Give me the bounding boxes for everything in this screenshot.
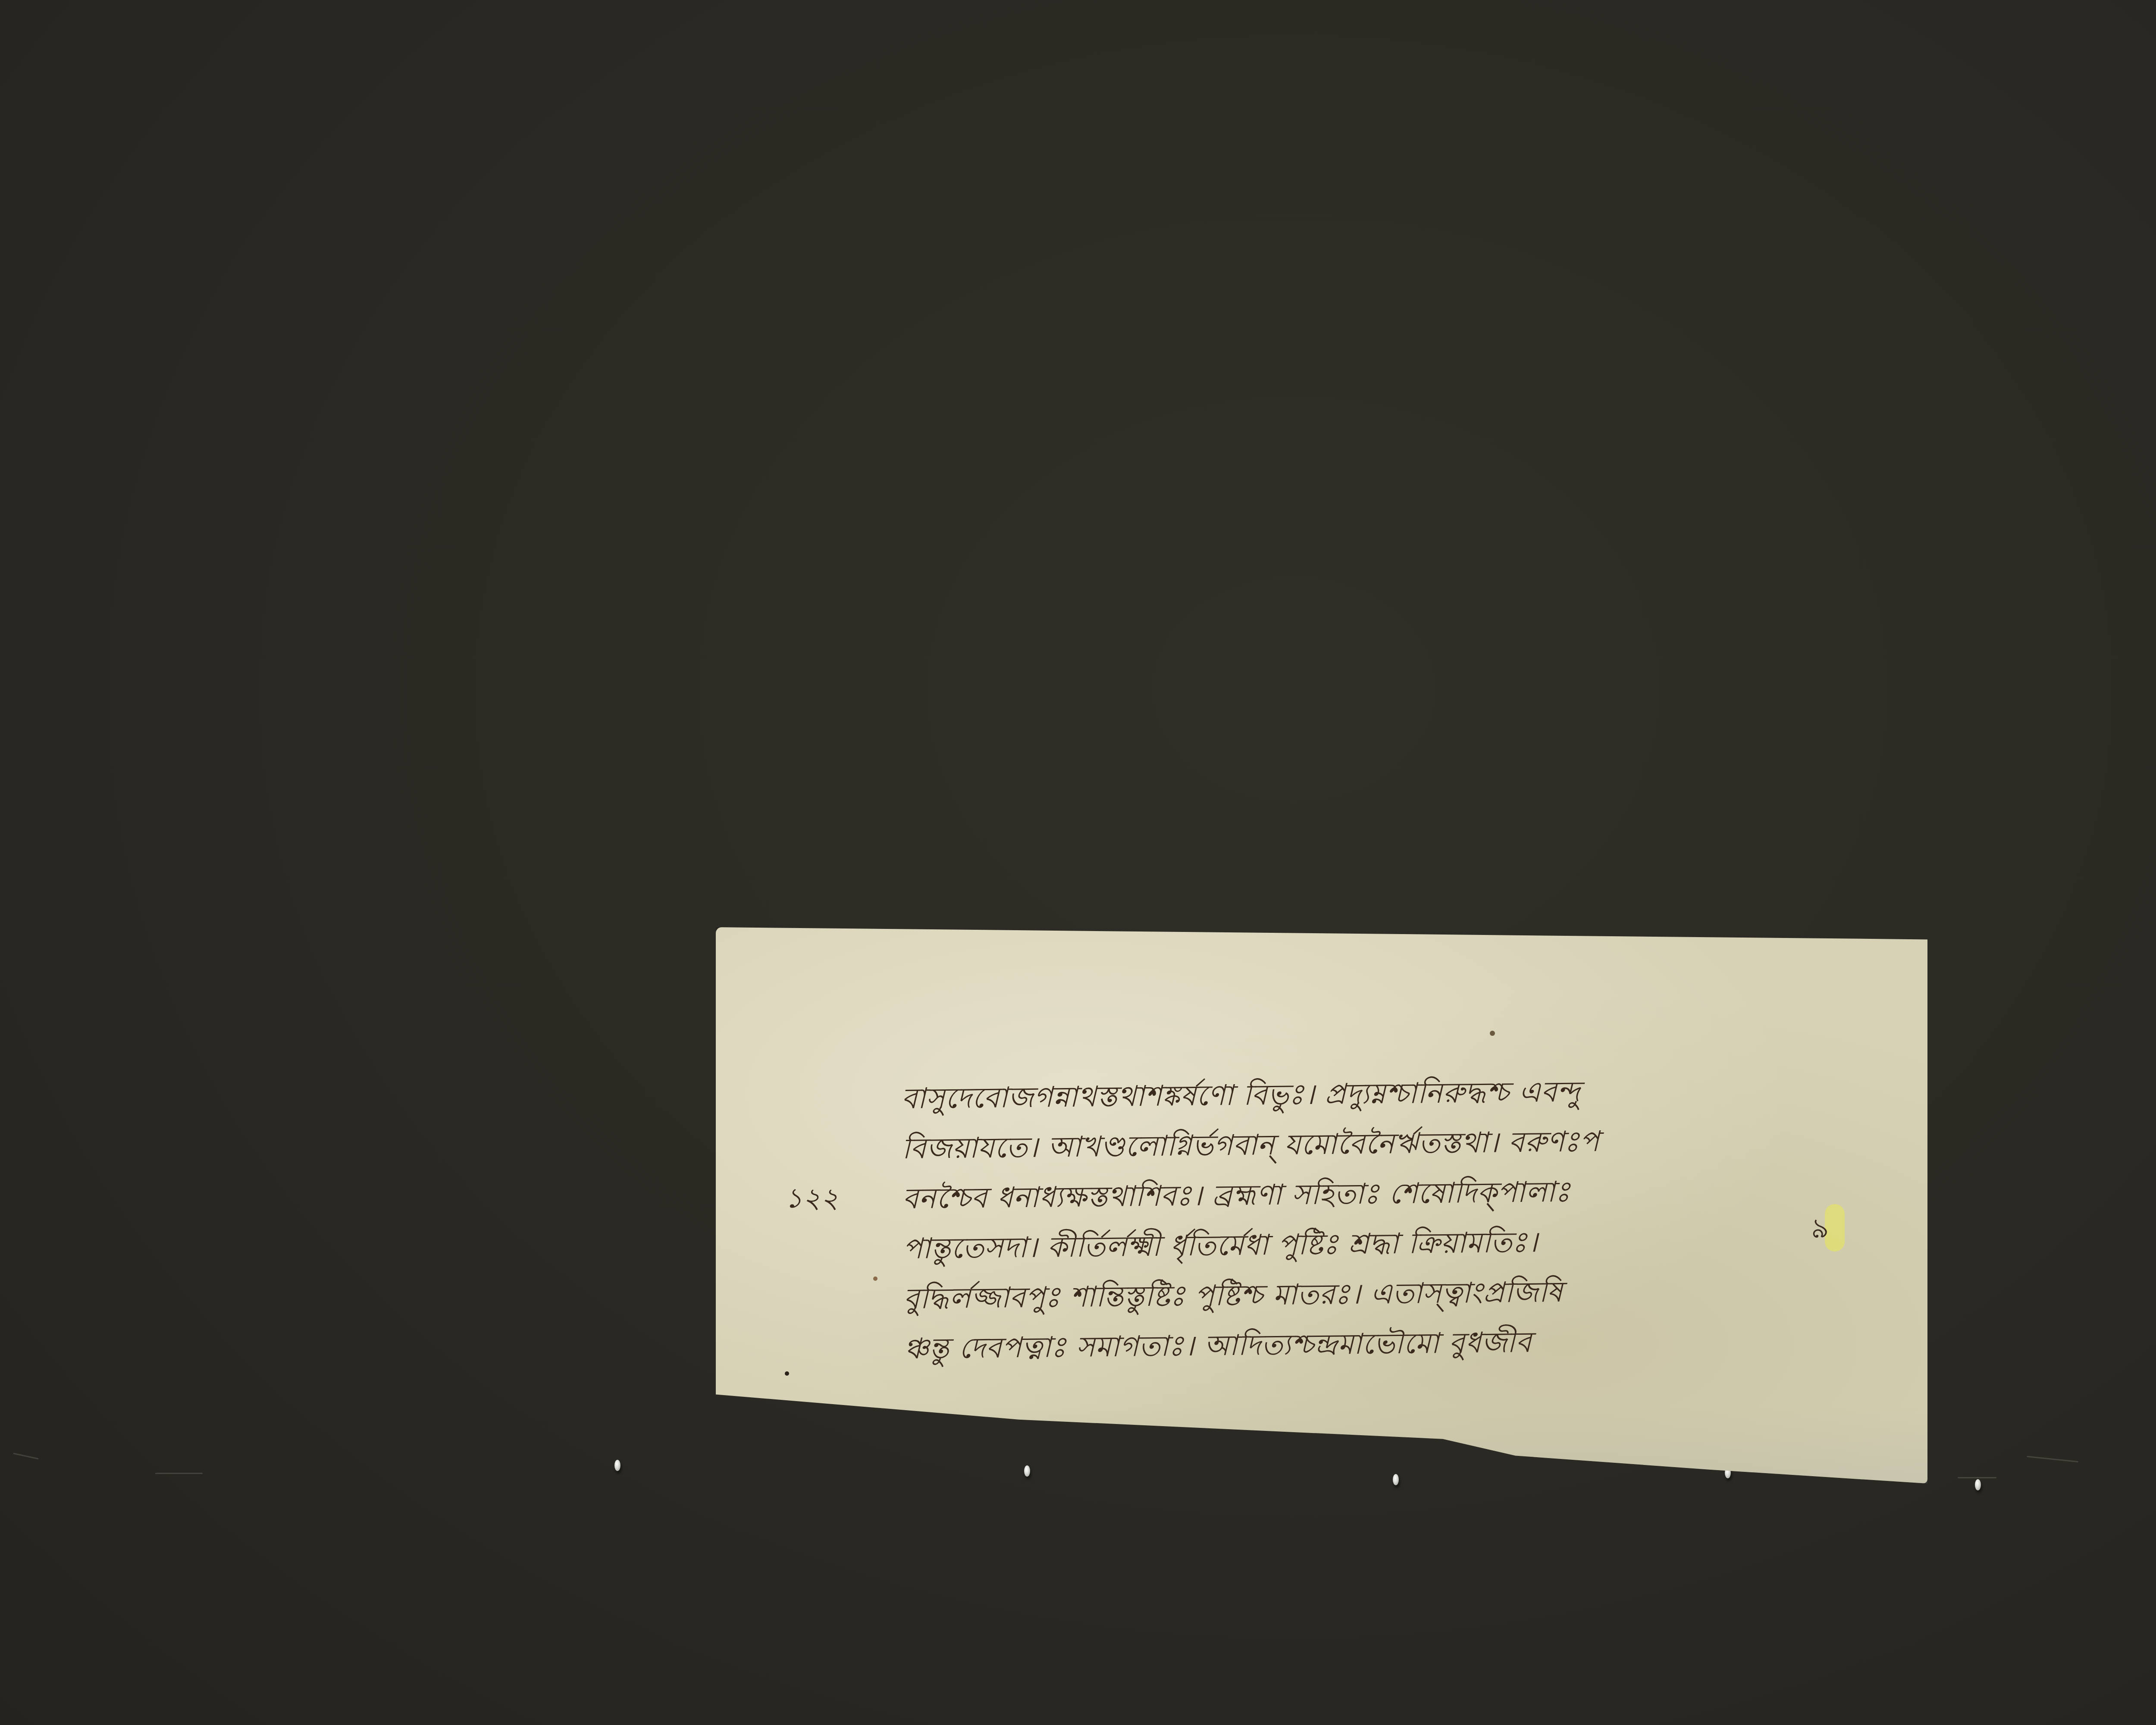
manuscript-line-1: বাসুদেবোজগন্নাথস্তথাশঙ্কর্ষণো বিভুঃ। প্র… <box>901 1064 1799 1124</box>
manuscript-line-2: বিজয়াযতে। আখণ্ডলোগ্নির্ভগবান্ যমোবৈনৈর্… <box>902 1114 1799 1174</box>
board-scratch <box>13 1453 38 1459</box>
manuscript-text: বাসুদেবোজগন্নাথস্তথাশঙ্কর্ষণো বিভুঃ। প্র… <box>901 1064 1801 1374</box>
ink-speck <box>785 1371 789 1376</box>
ink-speck <box>873 1276 877 1281</box>
board-scratch <box>2027 1456 2078 1463</box>
board-scratch <box>155 1473 203 1474</box>
manuscript-line-4: পান্তুতেসদা। কীর্তির্লক্ষ্মী র্ধৃতির্মেধ… <box>903 1214 1800 1274</box>
folio-number-right-text: ৯ <box>1811 1213 1829 1245</box>
mounting-pin <box>1024 1465 1030 1477</box>
manuscript-line-3: বনশ্চৈব ধনাধ্যক্ষস্তথাশিবঃ। ব্রহ্মণা সহি… <box>902 1164 1799 1224</box>
board-scratch <box>1958 1477 1996 1478</box>
mounting-pin <box>614 1460 620 1471</box>
manuscript-line-5: বুদ্ধির্লজ্জাবপুঃ শান্তিস্তুষ্টিঃ পুষ্টি… <box>903 1264 1801 1324</box>
mounting-pin <box>1393 1474 1399 1485</box>
manuscript-line-6: ঞ্চন্তু দেবপত্নাঃ সমাগতাঃ। আদিত্যশ্চন্দ্… <box>904 1314 1801 1374</box>
folio-number-left: ১২২ <box>785 1177 839 1223</box>
ink-speck <box>1490 1031 1495 1036</box>
mounting-pin <box>1975 1479 1981 1490</box>
manuscript-folio: ১২২ ৯ বাসুদেবোজগন্নাথস্তথাশঙ্কর্ষণো বিভু… <box>716 927 1927 1483</box>
folio-number-right: ৯ <box>1811 1207 1829 1254</box>
